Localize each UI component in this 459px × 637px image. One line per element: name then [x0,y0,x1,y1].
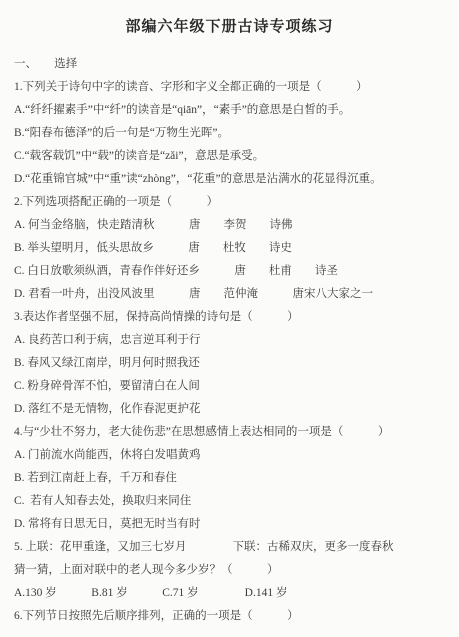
option: D. 君看一叶舟，出没风波里 唐 范仲淹 唐宋八大家之一 [14,283,445,306]
question-stem: 1.下列关于诗句中字的读音、字形和字义全都正确的一项是（ ） [14,76,445,99]
document-body: 一、 选择 1.下列关于诗句中字的读音、字形和字义全都正确的一项是（ ）A.“纤… [14,53,445,628]
question-6: 6.下列节日按照先后顺序排列，正确的一项是（ ） [14,605,445,628]
option: A. 良药苦口利于病，忠言逆耳利于行 [14,329,445,352]
question-stem: 猜一猜，上面对联中的老人现今多少岁？（ ） [14,559,445,582]
option: C. 若有人知春去处，换取归来同住 [14,490,445,513]
question-4: 4.与“少壮不努力，老大徒伤悲”在思想感情上表达相同的一项是（ ）A. 门前流水… [14,421,445,536]
question-1: 1.下列关于诗句中字的读音、字形和字义全都正确的一项是（ ）A.“纤纤擢素手”中… [14,76,445,191]
question-stem: 5. 上联：花甲重逢，又加三七岁月 下联：古稀双庆，更多一度春秋 [14,536,445,559]
option: A.“纤纤擢素手”中“纤”的读音是“qiān”，“素手”的意思是白皙的手。 [14,99,445,122]
option: A. 何当金络脑，快走踏清秋 唐 李贺 诗佛 [14,214,445,237]
option: C. 粉身碎骨浑不怕，要留清白在人间 [14,375,445,398]
question-stem: 2.下列选项搭配正确的一项是（ ） [14,191,445,214]
option: D. 落红不是无情物，化作春泥更护花 [14,398,445,421]
question-stem: 3.表达作者坚强不屈，保持高尚情操的诗句是（ ） [14,306,445,329]
question-2: 2.下列选项搭配正确的一项是（ ）A. 何当金络脑，快走踏清秋 唐 李贺 诗佛B… [14,191,445,306]
option: D.“花重锦官城”中“重”读“zhòng”，“花重”的意思是沾满水的花显得沉重。 [14,168,445,191]
option: C. 白日放歌须纵酒，青春作伴好还乡 唐 杜甫 诗圣 [14,260,445,283]
option: D. 常将有日思无日，莫把无时当有时 [14,513,445,536]
page-title: 部编六年级下册古诗专项练习 [14,14,445,40]
question-stem: 6.下列节日按照先后顺序排列，正确的一项是（ ） [14,605,445,628]
question-stem: 4.与“少壮不努力，老大徒伤悲”在思想感情上表达相同的一项是（ ） [14,421,445,444]
option: B.“阳春布德泽”的后一句是“万物生光晖”。 [14,122,445,145]
section-heading: 一、 选择 [14,53,445,76]
question-5: 5. 上联：花甲重逢，又加三七岁月 下联：古稀双庆，更多一度春秋猜一猜，上面对联… [14,536,445,605]
options-row: A.130 岁 B.81 岁 C.71 岁 D.141 岁 [14,582,445,605]
option: B. 举头望明月，低头思故乡 唐 杜牧 诗史 [14,237,445,260]
option: A. 门前流水尚能西，休将白发唱黄鸡 [14,444,445,467]
option: B. 若到江南赶上春，千万和春住 [14,467,445,490]
question-3: 3.表达作者坚强不屈，保持高尚情操的诗句是（ ）A. 良药苦口利于病，忠言逆耳利… [14,306,445,421]
option: C.“载客载饥”中“载”的读音是“zǎi”，意思是承受。 [14,145,445,168]
questions: 1.下列关于诗句中字的读音、字形和字义全都正确的一项是（ ）A.“纤纤擢素手”中… [14,76,445,628]
option: B. 春风又绿江南岸，明月何时照我还 [14,352,445,375]
worksheet-page: 部编六年级下册古诗专项练习 一、 选择 1.下列关于诗句中字的读音、字形和字义全… [0,0,459,628]
